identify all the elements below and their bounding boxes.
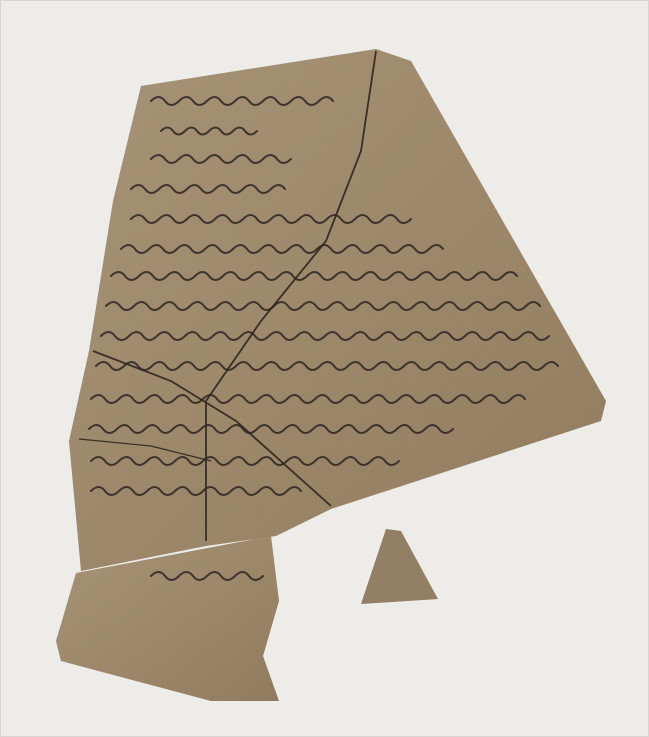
small-triangular-fragment: [361, 529, 438, 604]
main-sherd: [69, 49, 606, 571]
ostracon-photo: [1, 1, 649, 737]
photo-frame: [0, 0, 649, 737]
